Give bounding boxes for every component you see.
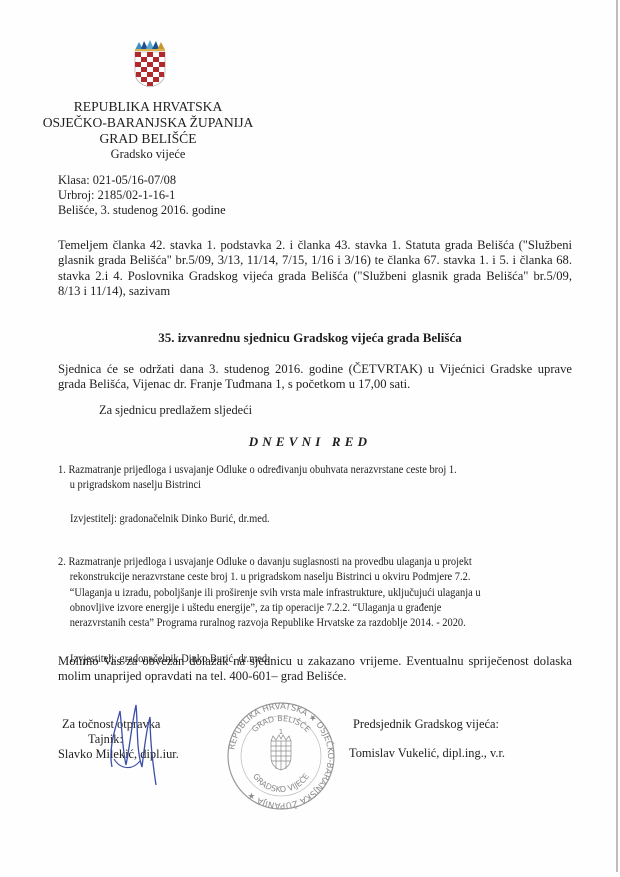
agenda-item-line: Razmatranje prijedloga i usvajanje Odluk…	[68, 555, 471, 568]
proposal-intro: Za sjednicu predlažem sljedeći	[99, 403, 252, 419]
agenda-item-1: 1. Razmatranje prijedloga i usvajanje Od…	[58, 462, 457, 493]
agenda-item-line: obnovljive izvore energije i uštedu ener…	[58, 600, 481, 615]
header-country: REPUBLIKA HRVATSKA	[28, 99, 268, 115]
reference-place-date: Belišće, 3. studenog 2016. godine	[58, 203, 226, 219]
document-page: REPUBLIKA HRVATSKA OSJEČKO-BARANJSKA ŽUP…	[0, 0, 620, 877]
agenda-item-line: “Ulaganja u izradu, poboljšanje ili proš…	[58, 585, 481, 600]
session-info: Sjednica će se održati dana 3. studenog …	[58, 362, 572, 393]
agenda-item-number: 1.	[58, 463, 66, 476]
header-county: OSJEČKO-BARANJSKA ŽUPANIJA	[28, 115, 268, 131]
preamble-paragraph: Temeljem članka 42. stavka 1. podstavka …	[58, 238, 572, 300]
agenda-title: DNEVNI RED	[0, 434, 620, 450]
agenda-item-line: nerazvrstanih cesta” Programa ruralnog r…	[58, 615, 481, 630]
signature-right-title: Predsjednik Gradskog vijeća:	[353, 717, 499, 733]
coat-of-arms-icon	[133, 40, 167, 88]
agenda-item-1-reporter: Izvjestitelj: gradonačelnik Dinko Burić,…	[70, 511, 270, 526]
handwritten-signature-icon	[106, 697, 158, 789]
agenda-item-line: Razmatranje prijedloga i usvajanje Odluk…	[68, 463, 456, 476]
svg-text:GRADSKO VIJEĆE: GRADSKO VIJEĆE	[251, 772, 311, 794]
official-stamp-icon: REPUBLIKA HRVATSKA ★ OSJEČKO-BARANJSKA Ž…	[226, 701, 336, 811]
reference-urbroj: Urbroj: 2185/02-1-16-1	[58, 188, 175, 204]
session-title: 35. izvanrednu sjednicu Gradskog vijeća …	[0, 330, 620, 346]
agenda-item-line: rekonstrukcije nerazvrstane ceste broj 1…	[58, 569, 481, 584]
header-body: Gradsko vijeće	[28, 147, 268, 163]
closing-paragraph: Molimo Vas za obvezan dolazak na sjednic…	[58, 654, 572, 685]
header-city: GRAD BELIŠĆE	[28, 131, 268, 147]
reference-klasa: Klasa: 021-05/16-07/08	[58, 173, 176, 189]
svg-text:1: 1	[279, 728, 283, 736]
agenda-item-line: u prigradskom naselju Bistrinci	[58, 477, 457, 492]
agenda-item-2: 2. Razmatranje prijedloga i usvajanje Od…	[58, 554, 481, 630]
agenda-item-number: 2.	[58, 555, 66, 568]
signature-right-name: Tomislav Vukelić, dipl.ing., v.r.	[349, 746, 505, 762]
